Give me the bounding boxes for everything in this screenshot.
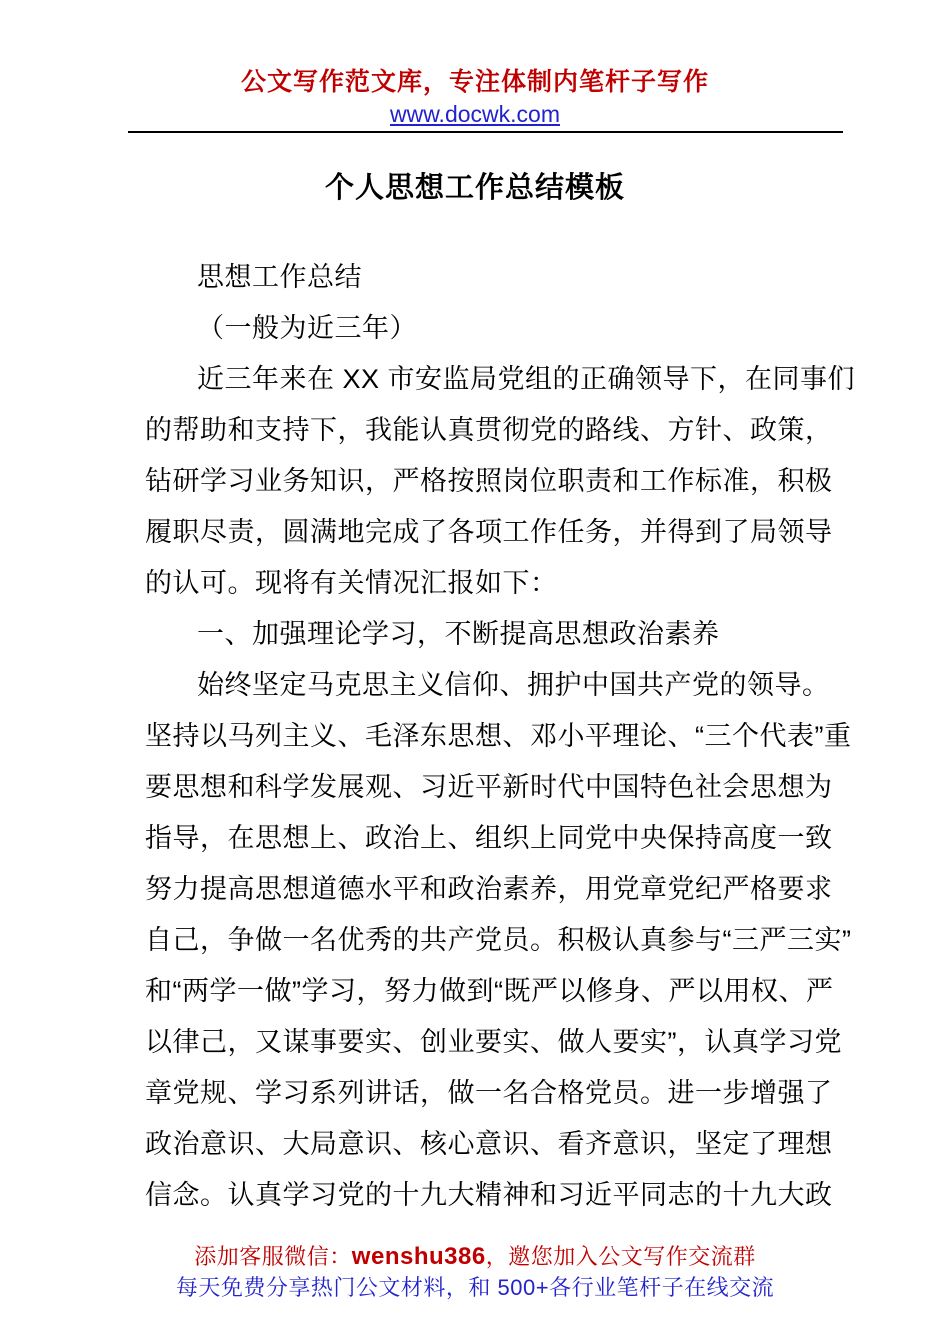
header-url-wrap: www.docwk.com [0, 100, 950, 128]
body-line: 思想工作总结 [145, 252, 817, 303]
footer-contact-prefix: 添加客服微信： [194, 1244, 352, 1269]
body-line: 履职尽责，圆满地完成了各项工作任务，并得到了局领导 [145, 507, 817, 558]
body-line: 钻研学习业务知识，严格按照岗位职责和工作标准，积极 [145, 456, 817, 507]
body-line: 章党规、学习系列讲话，做一名合格党员。进一步增强了 [145, 1068, 817, 1119]
header-slogan: 公文写作范文库，专注体制内笔杆子写作 [0, 66, 950, 98]
body-line: 始终坚定马克思主义信仰、拥护中国共产党的领导。 [145, 660, 817, 711]
body-line: 和“两学一做”学习，努力做到“既严以修身、严以用权、严 [145, 966, 817, 1017]
site-url-link[interactable]: www.docwk.com [390, 101, 560, 127]
header-divider [128, 131, 843, 133]
body-line: 指导，在思想上、政治上、组织上同党中央保持高度一致 [145, 813, 817, 864]
body-line: 自己，争做一名优秀的共产党员。积极认真参与“三严三实” [145, 915, 817, 966]
body-line: 的帮助和支持下，我能认真贯彻党的路线、方针、政策， [145, 405, 817, 456]
footer: 添加客服微信：wenshu386，邀您加入公文写作交流群 每天免费分享热门公文材… [0, 1241, 950, 1303]
body-line: 政治意识、大局意识、核心意识、看齐意识，坚定了理想 [145, 1119, 817, 1170]
body-line: 坚持以马列主义、毛泽东思想、邓小平理论、“三个代表”重 [145, 711, 817, 762]
footer-contact-suffix: ，邀您加入公文写作交流群 [486, 1244, 756, 1269]
body-line: 的认可。现将有关情况汇报如下： [145, 558, 817, 609]
body-line: 以律己，又谋事要实、创业要实、做人要实”，认真学习党 [145, 1017, 817, 1068]
document-body: 思想工作总结（一般为近三年）近三年来在 XX 市安监局党组的正确领导下，在同事们… [145, 252, 817, 1221]
body-line: 努力提高思想道德水平和政治素养，用党章党纪严格要求 [145, 864, 817, 915]
footer-contact-line: 添加客服微信：wenshu386，邀您加入公文写作交流群 [0, 1241, 950, 1272]
footer-share-line: 每天免费分享热门公文材料，和 500+各行业笔杆子在线交流 [0, 1272, 950, 1303]
body-line: （一般为近三年） [145, 303, 817, 354]
body-line: 信念。认真学习党的十九大精神和习近平同志的十九大政 [145, 1170, 817, 1221]
body-line: 近三年来在 XX 市安监局党组的正确领导下，在同事们 [145, 354, 817, 405]
document-page: 公文写作范文库，专注体制内笔杆子写作 www.docwk.com 个人思想工作总… [0, 0, 950, 1344]
section-heading: 一、加强理论学习，不断提高思想政治素养 [145, 609, 817, 660]
document-title: 个人思想工作总结模板 [0, 170, 950, 206]
body-line: 要思想和科学发展观、习近平新时代中国特色社会思想为 [145, 762, 817, 813]
footer-wechat-id: wenshu386 [352, 1243, 486, 1270]
